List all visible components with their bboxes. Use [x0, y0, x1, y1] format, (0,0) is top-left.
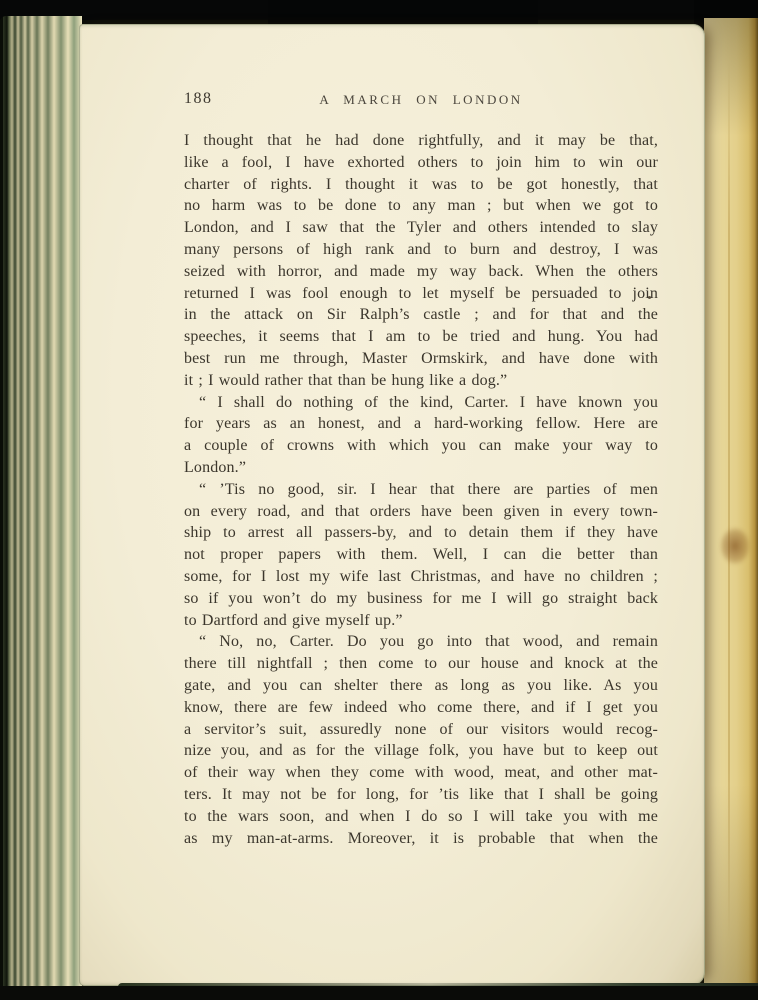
text-line: speeches, it seems that I am to be tried… [184, 326, 658, 348]
text-line: in the attack on Sir Ralph’s castle ; an… [184, 304, 658, 326]
text-line: there till nightfall ; then come to our … [184, 653, 658, 675]
text-line: it ; I would rather that than be hung li… [184, 370, 658, 392]
text-line: a servitor’s suit, assuredly none of our… [184, 719, 658, 741]
text-line: nize you, and as for the village folk, y… [184, 740, 658, 762]
stacked-page-edges-left [0, 16, 82, 992]
text-line: to the wars soon, and when I do so I wil… [184, 806, 658, 828]
running-header: 188 A MARCH ON LONDON [184, 90, 658, 112]
text-line: gate, and you can shelter there as long … [184, 675, 658, 697]
running-header-title: A MARCH ON LONDON [184, 90, 658, 108]
page-text: I thought that he had done rightfully, a… [184, 130, 658, 849]
text-line: London, and I saw that the Tyler and oth… [184, 217, 658, 239]
text-line: to Dartford and give myself up.” [184, 610, 658, 632]
text-line: seized with horror, and made my way back… [184, 261, 658, 283]
text-line: for years as an honest, and a hard-worki… [184, 413, 658, 435]
text-line: some, for I lost my wife last Christmas,… [184, 566, 658, 588]
text-line: so if you won’t do my business for me I … [184, 588, 658, 610]
text-line: know, there are few indeed who come ther… [184, 697, 658, 719]
text-line: “ I shall do nothing of the kind, Carter… [184, 392, 658, 414]
text-line: a couple of crowns with which you can ma… [184, 435, 658, 457]
text-line: ship to arrest all passers-by, and to de… [184, 522, 658, 544]
book-page: 188 A MARCH ON LONDON I thought that he … [79, 24, 705, 986]
book-cover-bottom [0, 986, 758, 1000]
text-line: charter of rights. I thought it was to b… [184, 174, 658, 196]
text-line: “ No, no, Carter. Do you go into that wo… [184, 631, 658, 653]
text-line: as my man-at-arms. Moreover, it is proba… [184, 828, 658, 850]
text-line: no harm was to be done to any man ; but … [184, 195, 658, 217]
page-stain [714, 520, 756, 572]
text-line: many persons of high rank and to burn an… [184, 239, 658, 261]
text-line: I thought that he had done rightfully, a… [184, 130, 658, 152]
text-line: on every road, and that orders have been… [184, 501, 658, 523]
text-line: returned I was fool enough to let myself… [184, 283, 658, 305]
text-line: like a fool, I have exhorted others to j… [184, 152, 658, 174]
text-line: best run me through, Master Ormskirk, an… [184, 348, 658, 370]
text-line: London.” [184, 457, 658, 479]
text-line: “ ’Tis no good, sir. I hear that there a… [184, 479, 658, 501]
page-number: 188 [184, 90, 213, 108]
text-line: of their way when they come with wood, m… [184, 762, 658, 784]
text-line: not proper papers with them. Well, I can… [184, 544, 658, 566]
fore-edge-shading [704, 18, 758, 1000]
ink-speck [648, 296, 651, 299]
text-line: ters. It may not be for long, for ’tis l… [184, 784, 658, 806]
